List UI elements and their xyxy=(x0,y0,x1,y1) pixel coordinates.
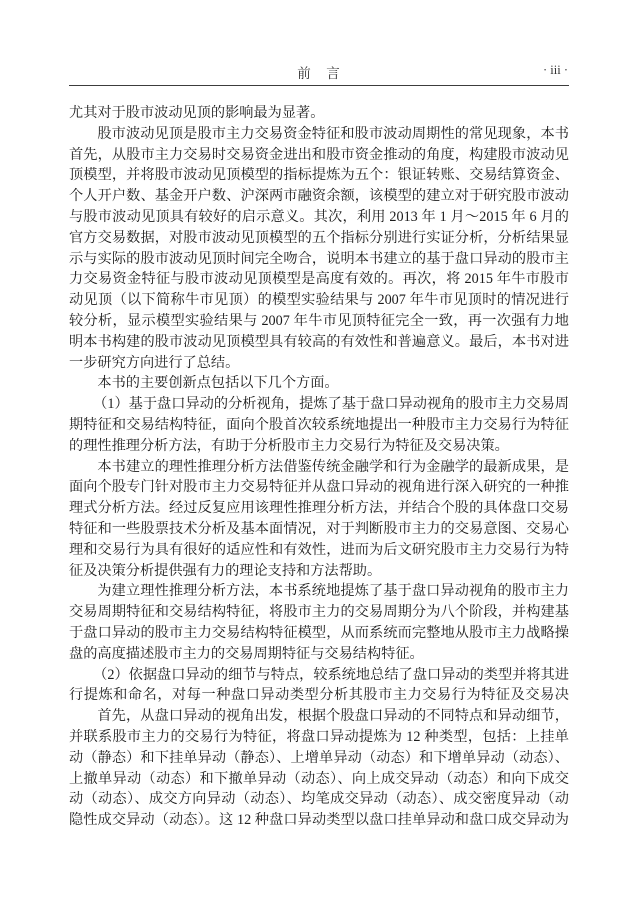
text-line: （2）依据盘口异动的细节与特点，较系统地总结了盘口异动的类型并将其进 xyxy=(69,665,569,686)
text-line: 的理性推理分析方法，有助于分析股市主力交易行为特征及交易决策。 xyxy=(69,436,569,457)
text-line: 上撤单异动（动态）和下撤单异动（动态）、向上成交异动（动态）和向下成交异 xyxy=(69,769,569,790)
text-line: 交易周期特征和交易结构特征，将股市主力的交易周期分为八个阶段，并构建基 xyxy=(69,602,569,623)
body-text: 尤其对于股市波动见顶的影响最为显著。股市波动见顶是股市主力交易资金特征和股市波动… xyxy=(69,103,569,831)
text-line: （1）基于盘口异动的分析视角，提炼了基于盘口异动视角的股市主力交易周 xyxy=(69,394,569,415)
text-line: 股市波动见顶是股市主力交易资金特征和股市波动周期性的常见现象，本书 xyxy=(69,124,569,145)
text-line: 一步研究方向进行了总结。 xyxy=(69,353,569,374)
text-line: 盘的高度描述股市主力的交易周期特征与交易结构特征。 xyxy=(69,644,569,665)
text-line: 动见顶（以下简称牛市见顶）的模型实验结果与 2007 年牛市见顶时的情况进行比 xyxy=(69,290,569,311)
text-line: 于盘口异动的股市主力交易结构特征模型，从而系统而完整地从股市主力战略操 xyxy=(69,623,569,644)
text-line: 理式分析方法。经过反复应用该理性推理分析方法，并结合个股的具体盘口交易 xyxy=(69,498,569,519)
running-head: 前 言 · iii · xyxy=(69,62,569,80)
text-line: 并联系股市主力的交易行为特征，将盘口异动提炼为 12 种类型，包括：上挂单异 xyxy=(69,727,569,748)
text-line: 首先，从股市主力交易时交易资金进出和股市资金推动的角度，构建股市波动见 xyxy=(69,145,569,166)
book-page: 前 言 · iii · 尤其对于股市波动见顶的影响最为显著。股市波动见顶是股市主… xyxy=(0,0,638,902)
text-line: 本书的主要创新点包括以下几个方面。 xyxy=(69,373,569,394)
text-line: 行提炼和命名，对每一种盘口异动类型分析其股市主力交易行为特征及交易决策。 xyxy=(69,685,569,706)
text-line: 力交易资金特征与股市波动见顶模型是高度有效的。再次，将 2015 年牛市股市波 xyxy=(69,269,569,290)
page-title: 前 言 xyxy=(69,62,569,82)
text-line: 动（静态）和下挂单异动（静态）、上增单异动（动态）和下增单异动（动态）、 xyxy=(69,748,569,769)
page-number: · iii · xyxy=(543,63,568,78)
text-line: 本书建立的理性推理分析方法借鉴传统金融学和行为金融学的最新成果，是 xyxy=(69,457,569,478)
text-line: 与股市波动见顶具有较好的启示意义。其次，利用 2013 年 1 月～2015 年… xyxy=(69,207,569,228)
text-line: 顶模型，并将股市波动见顶模型的指标提炼为五个：银证转账、交易结算资金、 xyxy=(69,165,569,186)
text-line: 较分析，显示模型实验结果与 2007 年牛市见顶特征完全一致，再一次强有力地证 xyxy=(69,311,569,332)
text-line: 为建立理性推理分析方法，本书系统地提炼了基于盘口异动视角的股市主力 xyxy=(69,581,569,602)
text-line: 特征和一些股票技术分析及基本面情况，对于判断股市主力的交易意图、交易心 xyxy=(69,519,569,540)
text-line: 首先，从盘口异动的视角出发，根据个股盘口异动的不同特点和异动细节， xyxy=(69,706,569,727)
text-line: 明本书构建的股市波动见顶模型具有较高的有效性和普遍意义。最后，本书对进 xyxy=(69,332,569,353)
text-line: 理和交易行为具有很好的适应性和有效性，进而为后文研究股市主力交易行为特 xyxy=(69,540,569,561)
text-line: 示与实际的股市波动见顶时间完全吻合，说明本书建立的基于盘口异动的股市主 xyxy=(69,249,569,270)
text-line: 隐性成交异动（动态）。这 12 种盘口异动类型以盘口挂单异动和盘口成交异动为 xyxy=(69,810,569,831)
text-line: 官方交易数据，对股市波动见顶模型的五个指标分别进行实证分析，分析结果显 xyxy=(69,228,569,249)
header-rule xyxy=(69,85,569,86)
text-line: 期特征和交易结构特征，面向个股首次较系统地提出一种股市主力交易行为特征 xyxy=(69,415,569,436)
text-line: 动（动态）、成交方向异动（动态）、均笔成交异动（动态）、成交密度异动（动态）、 xyxy=(69,789,569,810)
text-line: 尤其对于股市波动见顶的影响最为显著。 xyxy=(69,103,569,124)
text-line: 个人开户数、基金开户数、沪深两市融资余额，该模型的建立对于研究股市波动 xyxy=(69,186,569,207)
text-line: 面向个股专门针对股市主力交易特征并从盘口异动的视角进行深入研究的一种推 xyxy=(69,477,569,498)
text-line: 征及决策分析提供强有力的理论支持和方法帮助。 xyxy=(69,561,569,582)
